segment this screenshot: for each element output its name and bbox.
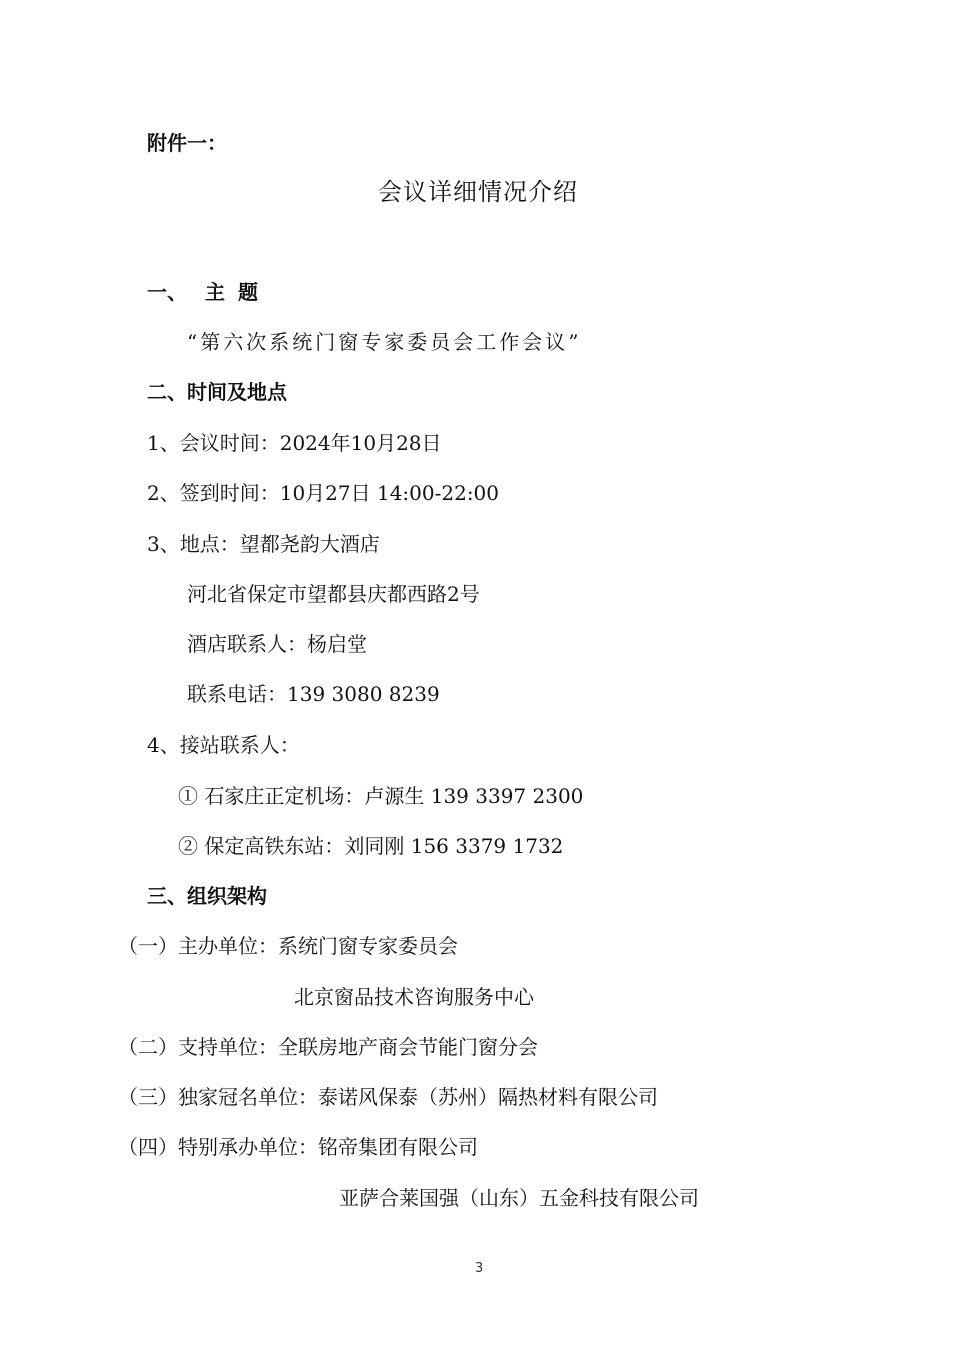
section-2-heading: 二、时间及地点 (147, 382, 287, 402)
pickup-airport: ① 石家庄正定机场：卢源生 139 3397 2300 (178, 786, 583, 806)
section-1-heading: 主 题 (205, 282, 261, 302)
page-number: 3 (475, 1262, 483, 1275)
hotel-contact: 酒店联系人：杨启堂 (187, 634, 367, 654)
section-3-heading: 三、组织架构 (147, 886, 267, 906)
pickup-train-station: ② 保定高铁东站：刘同刚 156 3379 1732 (178, 836, 563, 856)
checkin-time: 2、签到时间：10月27日 14:00-22:00 (147, 483, 499, 503)
co-host-2: 亚萨合莱国强（山东）五金科技有限公司 (339, 1188, 699, 1208)
venue: 3、地点：望都尧韵大酒店 (147, 534, 380, 554)
venue-address: 河北省保定市望都县庆都西路2号 (187, 584, 480, 604)
meeting-theme: “第六次系统门窗专家委员会工作会议” (187, 332, 581, 352)
supporter: （二）支持单位：全联房地产商会节能门窗分会 (118, 1037, 538, 1057)
attachment-label: 附件一： (147, 133, 227, 153)
hotel-phone: 联系电话：139 3080 8239 (187, 684, 440, 704)
co-host: （四）特别承办单位：铭帝集团有限公司 (118, 1137, 478, 1157)
section-1-number: 一、 (147, 282, 187, 302)
pickup-heading: 4、接站联系人： (147, 735, 300, 755)
organizer-2: 北京窗品技术咨询服务中心 (294, 987, 534, 1007)
document-title: 会议详细情况介绍 (378, 180, 578, 204)
title-sponsor: （三）独家冠名单位：泰诺风保泰（苏州）隔热材料有限公司 (118, 1087, 658, 1107)
meeting-time: 1、会议时间：2024年10月28日 (147, 433, 442, 453)
organizer: （一）主办单位：系统门窗专家委员会 (118, 936, 458, 956)
